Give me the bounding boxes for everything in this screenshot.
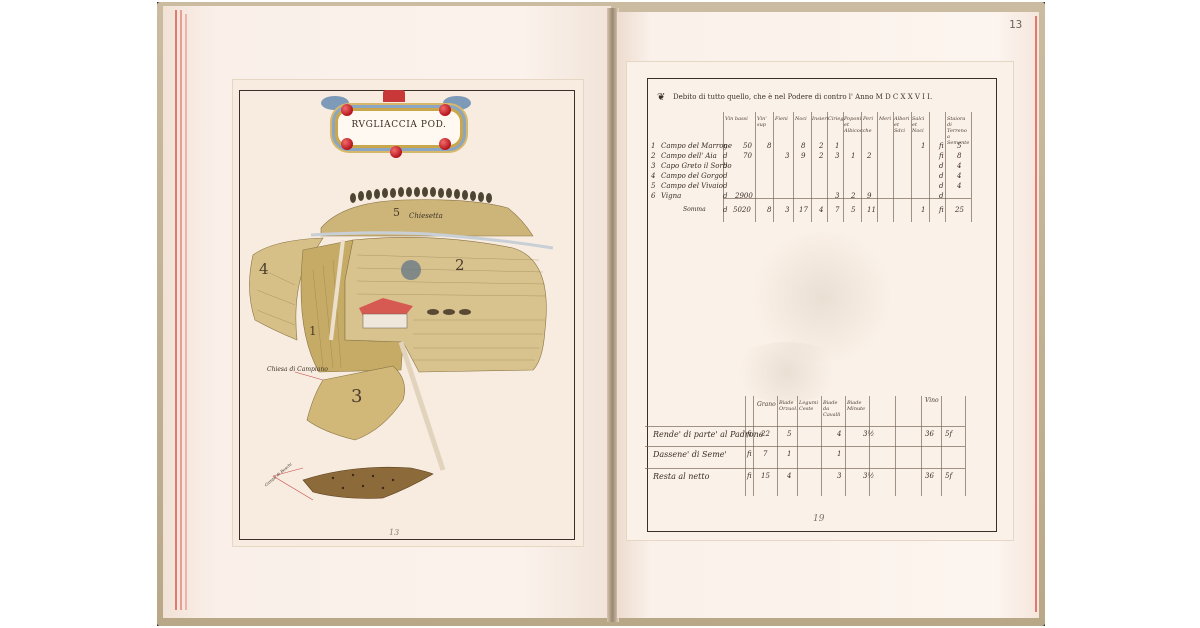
- column-header: Vin' sup: [757, 116, 773, 128]
- fleuron-icon: ❦: [657, 92, 665, 103]
- column-header: Peri: [863, 116, 873, 122]
- upper-ledger-table: Vin bassi Vin' sup Fieni Noci Insieri Ci…: [723, 112, 971, 222]
- red-page-edge: [1035, 16, 1037, 612]
- column-header: Fieni: [775, 116, 788, 122]
- red-page-edge: [175, 10, 177, 610]
- column-header: Insieri: [812, 116, 828, 122]
- column-header: Noci: [795, 116, 807, 122]
- page-number: 13: [389, 528, 399, 537]
- column-header: Biade Orzuol.: [779, 400, 797, 412]
- column-header: Salci et Noci: [912, 116, 928, 134]
- church-label: Chiesa di Campiano: [267, 366, 328, 373]
- chapel-label: Chiesetta: [409, 212, 443, 220]
- column-header: Cirieg.: [828, 116, 845, 122]
- field-number-2: 2: [455, 256, 465, 274]
- folio-number: 13: [1009, 18, 1022, 31]
- field-number-4: 4: [259, 260, 269, 278]
- red-page-edge: [185, 14, 187, 610]
- open-book: RVGLIACCIA POD.: [157, 2, 1045, 626]
- red-page-edge: [180, 10, 182, 610]
- column-header: Meri: [879, 116, 891, 122]
- column-header: Biade da Cavalli: [823, 400, 845, 418]
- column-header: Legumi Ceste: [799, 400, 819, 412]
- field-number-3: 3: [351, 386, 362, 407]
- column-header: Vino: [925, 398, 939, 404]
- lower-ledger-table: Grano Biade Orzuol. Legumi Ceste Biade d…: [745, 396, 965, 496]
- estate-map: [233, 80, 583, 546]
- right-page: 13 ❦ Debito di tutto quello, che è nel P…: [617, 12, 1039, 618]
- field-number-1: 1: [309, 324, 317, 338]
- column-header: Poponi et Albicocche: [844, 116, 860, 134]
- page-number: 19: [813, 514, 824, 524]
- ledger-heading: Debito di tutto quello, che è nel Podere…: [673, 93, 932, 101]
- column-header: Grano: [757, 402, 776, 408]
- column-header: Biade Minute: [847, 400, 869, 412]
- left-page: RVGLIACCIA POD.: [163, 6, 611, 618]
- show-through-stain: [727, 342, 847, 402]
- field-number-5: 5: [393, 206, 400, 219]
- column-header: Albori et Sdci: [894, 116, 910, 134]
- column-header: Vin bassi: [725, 116, 748, 122]
- map-sheet: RVGLIACCIA POD.: [233, 80, 583, 546]
- ledger-sheet: ❦ Debito di tutto quello, che è nel Pode…: [627, 62, 1013, 540]
